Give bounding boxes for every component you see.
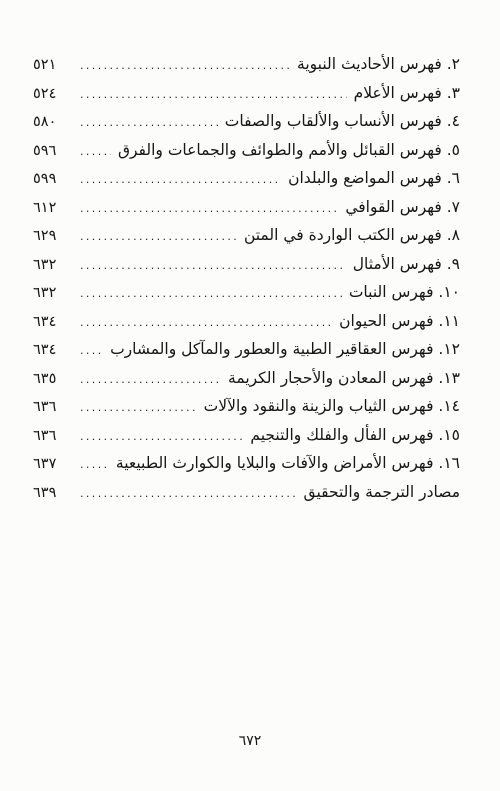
toc-entry-label: ٩. فهرس الأمثال — [353, 250, 460, 279]
toc-entry-page-number: ٦٢٩ — [33, 222, 71, 251]
toc-entry-label: ٦. فهرس المواضع والبلدان — [288, 164, 460, 193]
toc-entry: ١٦. فهرس الأمراض والآفات والبلايا والكوا… — [33, 449, 460, 478]
toc-entry-page-number: ٦٣٦ — [33, 393, 71, 422]
dot-leader: ........................................… — [80, 394, 197, 423]
toc-entry: ٦. فهرس المواضع والبلدان ...............… — [33, 164, 460, 193]
dot-leader: ........................................… — [80, 423, 243, 452]
toc-entry: ٢. فهرس الأحاديث النبوية ...............… — [33, 50, 460, 79]
dot-leader: ........................................… — [80, 109, 218, 138]
dot-leader: ........................................… — [80, 337, 103, 366]
toc-entry-page-number: ٥٢٤ — [33, 80, 71, 109]
toc-entry-label: ١٦. فهرس الأمراض والآفات والبلايا والكوا… — [116, 449, 460, 478]
toc-entry-page-number: ٥٢١ — [33, 51, 71, 80]
dot-leader: ........................................… — [80, 280, 342, 309]
toc-entry-page-number: ٦١٢ — [33, 194, 71, 223]
toc-entry: ٩. فهرس الأمثال ........................… — [33, 250, 460, 279]
toc-entry: ١٢. فهرس العقاقير الطبية والعطور والمآكل… — [33, 335, 460, 364]
toc-entry-page-number: ٥٨٠ — [33, 108, 71, 137]
toc-entry: ١٣. فهرس المعادن والأحجار الكريمة ......… — [33, 364, 460, 393]
toc-entry: ١٥. فهرس الفأل والفلك والتنجيم .........… — [33, 421, 460, 450]
dot-leader: ........................................… — [80, 366, 221, 395]
dot-leader: ........................................… — [80, 223, 237, 252]
folio-page-number: ٦٧٢ — [0, 733, 500, 749]
toc-entry-page-number: ٦٣٤ — [33, 336, 71, 365]
toc-entry-label: ٨. فهرس الكتب الواردة في المتن — [244, 221, 460, 250]
dot-leader: ........................................… — [80, 81, 347, 110]
toc-entry-label: ١٤. فهرس الثياب والزينة والنقود والآلات — [204, 392, 460, 421]
toc-entry: مصادر الترجمة والتحقيق .................… — [33, 478, 460, 507]
dot-leader: ........................................… — [80, 309, 332, 338]
toc-entry: ٤. فهرس الأنساب والألقاب والصفات .......… — [33, 107, 460, 136]
toc-entry-page-number: ٦٣٦ — [33, 422, 71, 451]
dot-leader: ........................................… — [80, 451, 109, 480]
toc-entry-label: مصادر الترجمة والتحقيق — [304, 478, 460, 507]
dot-leader: ........................................… — [80, 138, 111, 167]
toc-entry-label: ١١. فهرس الحيوان — [339, 307, 460, 336]
toc-entry-page-number: ٦٣٩ — [33, 479, 71, 508]
toc-entry-label: ١٣. فهرس المعادن والأحجار الكريمة — [228, 364, 460, 393]
toc-entry-label: ١٢. فهرس العقاقير الطبية والعطور والمآكل… — [110, 335, 460, 364]
toc-entry-page-number: ٦٣٤ — [33, 308, 71, 337]
dot-leader: ........................................… — [80, 252, 346, 281]
toc-entry-label: ٤. فهرس الأنساب والألقاب والصفات — [225, 107, 460, 136]
dot-leader: ........................................… — [80, 52, 290, 81]
toc-entry: ١٤. فهرس الثياب والزينة والنقود والآلات … — [33, 392, 460, 421]
dot-leader: ........................................… — [80, 166, 281, 195]
toc-entry-page-number: ٦٣٢ — [33, 251, 71, 280]
dot-leader: ........................................… — [80, 195, 338, 224]
toc-entry-page-number: ٥٩٩ — [33, 165, 71, 194]
toc-entry-label: ٣. فهرس الأعلام — [354, 79, 460, 108]
toc-entry-page-number: ٦٣٥ — [33, 365, 71, 394]
toc-entry: ٣. فهرس الأعلام ........................… — [33, 79, 460, 108]
toc-entry: ١٠. فهرس النبات ........................… — [33, 278, 460, 307]
toc-entry-page-number: ٦٣٧ — [33, 450, 71, 479]
index-list: ٢. فهرس الأحاديث النبوية ...............… — [33, 50, 460, 506]
toc-entry-label: ٢. فهرس الأحاديث النبوية — [297, 50, 460, 79]
toc-entry-label: ١٠. فهرس النبات — [349, 278, 460, 307]
toc-entry-label: ٥. فهرس القبائل والأمم والطوائف والجماعا… — [118, 136, 460, 165]
toc-entry: ٧. فهرس القوافي ........................… — [33, 193, 460, 222]
toc-entry: ٥. فهرس القبائل والأمم والطوائف والجماعا… — [33, 136, 460, 165]
toc-entry-label: ٧. فهرس القوافي — [345, 193, 460, 222]
dot-leader: ........................................… — [80, 480, 297, 509]
toc-entry-label: ١٥. فهرس الفأل والفلك والتنجيم — [250, 421, 460, 450]
toc-entry-page-number: ٦٣٢ — [33, 279, 71, 308]
toc-entry: ٨. فهرس الكتب الواردة في المتن .........… — [33, 221, 460, 250]
toc-entry-page-number: ٥٩٦ — [33, 137, 71, 166]
toc-entry: ١١. فهرس الحيوان .......................… — [33, 307, 460, 336]
scanned-book-page: ٢. فهرس الأحاديث النبوية ...............… — [0, 0, 500, 791]
